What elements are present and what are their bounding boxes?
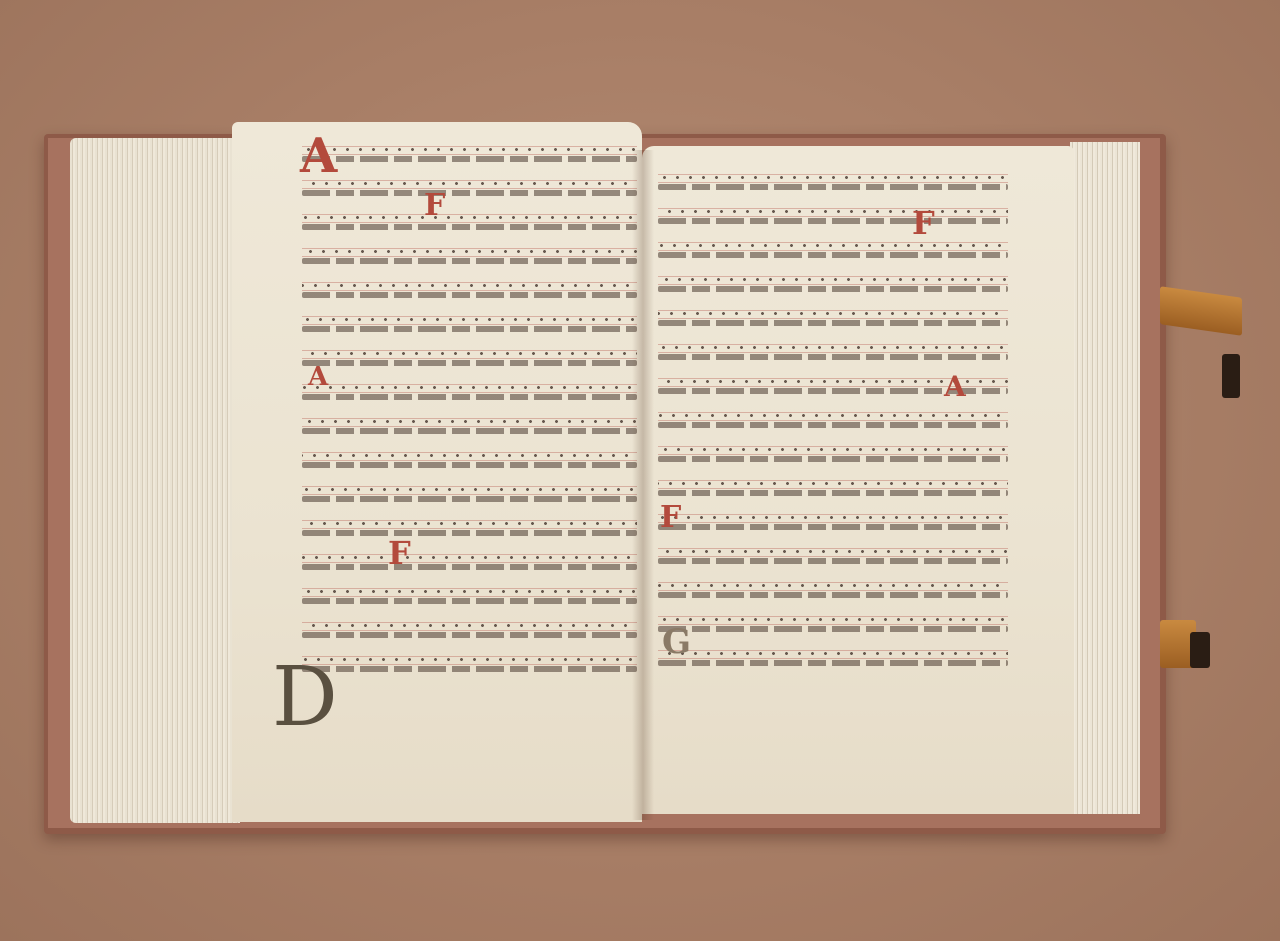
clasp-upper-hook bbox=[1222, 354, 1240, 398]
notation-line bbox=[658, 172, 1008, 193]
text-line bbox=[302, 224, 637, 230]
neumes bbox=[302, 654, 637, 664]
text-line bbox=[658, 660, 1008, 666]
text-line bbox=[302, 258, 637, 264]
notation-line bbox=[302, 654, 637, 675]
clasp-lower-hook bbox=[1190, 632, 1210, 668]
notation-line bbox=[658, 614, 1008, 635]
neumes bbox=[658, 410, 1008, 420]
notation-line bbox=[302, 280, 637, 301]
neumes bbox=[302, 382, 637, 392]
neumes bbox=[302, 144, 637, 154]
neumes bbox=[658, 614, 1008, 624]
notation-line bbox=[658, 274, 1008, 295]
notation-line bbox=[658, 410, 1008, 431]
neumes bbox=[658, 206, 1008, 216]
right-text-block bbox=[658, 172, 1008, 682]
neumes bbox=[302, 552, 637, 562]
notation-line bbox=[658, 308, 1008, 329]
neumes bbox=[302, 484, 637, 494]
page-edges-left bbox=[70, 138, 240, 823]
text-line bbox=[302, 190, 637, 196]
text-line bbox=[658, 524, 1008, 530]
neumes bbox=[302, 246, 637, 256]
neumes bbox=[302, 518, 637, 528]
text-line bbox=[658, 320, 1008, 326]
initial-a-red-2: A bbox=[308, 362, 328, 392]
initial-f-red-2: F bbox=[388, 534, 411, 572]
neumes bbox=[658, 274, 1008, 284]
notation-line bbox=[302, 246, 637, 267]
notation-line bbox=[658, 580, 1008, 601]
notation-line bbox=[658, 206, 1008, 227]
text-line bbox=[302, 462, 637, 468]
neumes bbox=[658, 512, 1008, 522]
text-line bbox=[302, 564, 637, 570]
text-line bbox=[302, 530, 637, 536]
text-line bbox=[658, 286, 1008, 292]
neumes bbox=[658, 444, 1008, 454]
initial-g-right: G bbox=[662, 622, 691, 662]
notation-line bbox=[302, 212, 637, 233]
neumes bbox=[658, 172, 1008, 182]
notation-line bbox=[302, 348, 637, 369]
neumes bbox=[302, 212, 637, 222]
text-line bbox=[302, 496, 637, 502]
gutter-shadow bbox=[632, 150, 654, 820]
neumes bbox=[658, 342, 1008, 352]
notation-line bbox=[302, 314, 637, 335]
notation-line bbox=[658, 444, 1008, 465]
text-line bbox=[658, 490, 1008, 496]
notation-line bbox=[302, 382, 637, 403]
neumes bbox=[658, 546, 1008, 556]
text-line bbox=[302, 598, 637, 604]
neumes bbox=[658, 240, 1008, 250]
neumes bbox=[658, 478, 1008, 488]
text-line bbox=[658, 252, 1008, 258]
notation-line bbox=[658, 240, 1008, 261]
text-line bbox=[658, 456, 1008, 462]
text-line bbox=[302, 326, 637, 332]
left-text-block bbox=[302, 144, 637, 688]
initial-a-right: A bbox=[944, 370, 966, 403]
right-page bbox=[642, 146, 1074, 814]
text-line bbox=[658, 354, 1008, 360]
text-line bbox=[658, 558, 1008, 564]
notation-line bbox=[302, 450, 637, 471]
text-line bbox=[302, 632, 637, 638]
text-line bbox=[658, 592, 1008, 598]
text-line bbox=[302, 428, 637, 434]
notation-line bbox=[658, 648, 1008, 669]
text-line bbox=[302, 666, 637, 672]
notation-line bbox=[302, 586, 637, 607]
text-line bbox=[302, 156, 637, 162]
text-line bbox=[302, 292, 637, 298]
decorated-initial-d: D bbox=[272, 650, 338, 745]
neumes bbox=[302, 314, 637, 324]
notation-line bbox=[302, 518, 637, 539]
text-line bbox=[658, 626, 1008, 632]
neumes bbox=[302, 586, 637, 596]
text-line bbox=[658, 184, 1008, 190]
initial-f-right-2: F bbox=[660, 500, 681, 535]
text-line bbox=[658, 422, 1008, 428]
neumes bbox=[658, 580, 1008, 590]
page-edges-right bbox=[1070, 142, 1140, 814]
neumes bbox=[658, 648, 1008, 658]
notation-line bbox=[302, 178, 637, 199]
notation-line bbox=[302, 484, 637, 505]
notation-line bbox=[302, 620, 637, 641]
text-line bbox=[658, 218, 1008, 224]
initial-f-red: F bbox=[424, 188, 445, 223]
notation-line bbox=[658, 512, 1008, 533]
neumes bbox=[302, 178, 637, 188]
notation-line bbox=[302, 144, 637, 165]
initial-a-red: A bbox=[300, 128, 337, 184]
text-line bbox=[302, 360, 637, 366]
clasp-upper bbox=[1160, 286, 1242, 336]
text-line bbox=[302, 394, 637, 400]
notation-line bbox=[302, 552, 637, 573]
initial-f-right: F bbox=[912, 204, 935, 242]
neumes bbox=[302, 416, 637, 426]
neumes bbox=[302, 280, 637, 290]
neumes bbox=[302, 620, 637, 630]
neumes bbox=[658, 308, 1008, 318]
notation-line bbox=[302, 416, 637, 437]
notation-line bbox=[658, 342, 1008, 363]
neumes bbox=[302, 450, 637, 460]
neumes bbox=[302, 348, 637, 358]
notation-line bbox=[658, 478, 1008, 499]
notation-line bbox=[658, 546, 1008, 567]
